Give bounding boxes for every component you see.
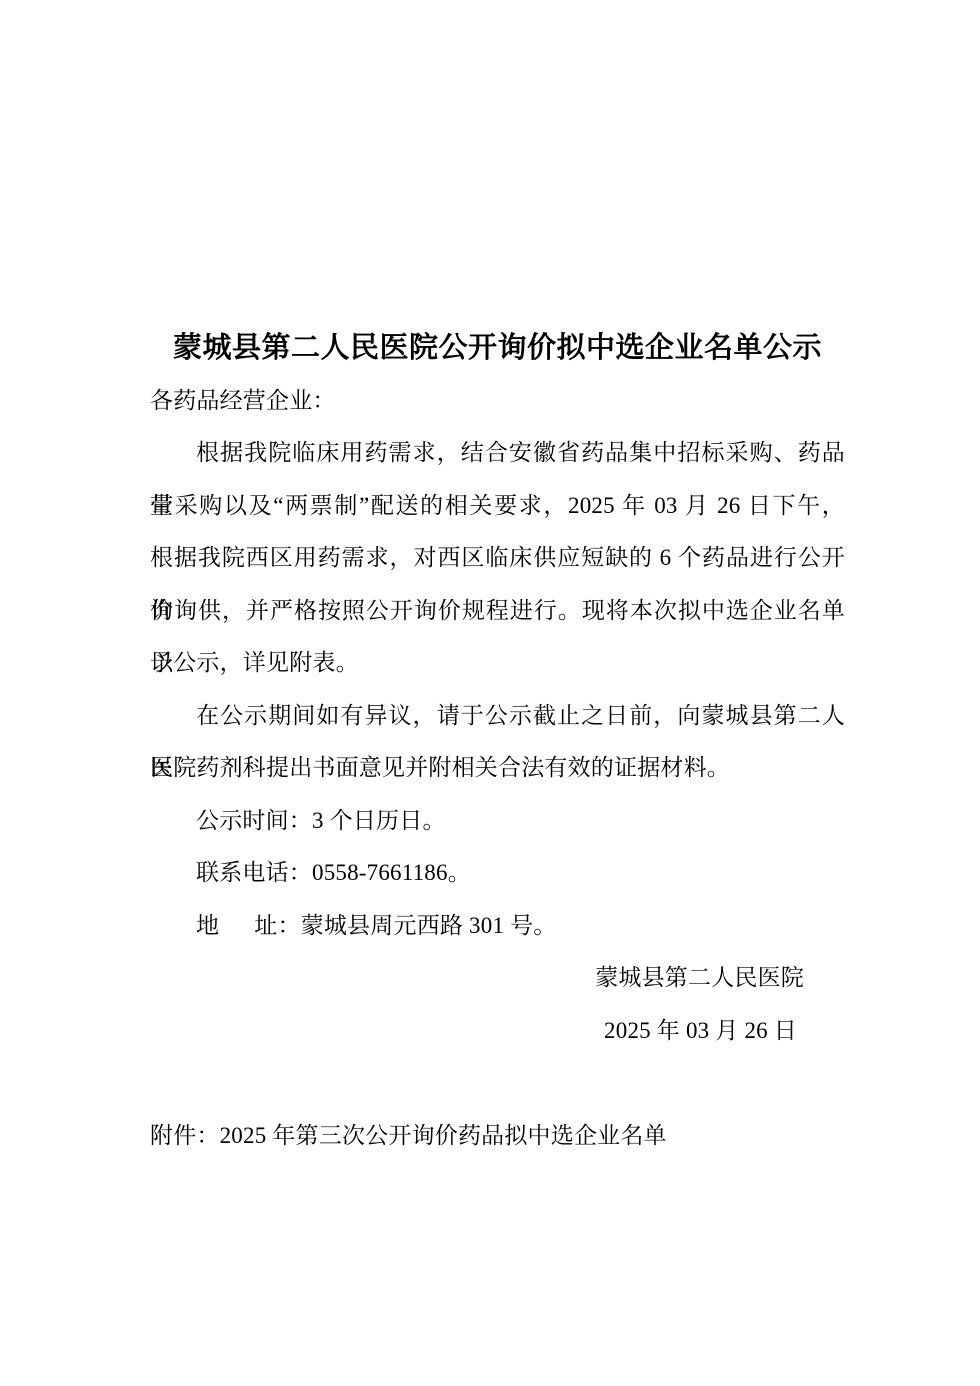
- address: 地 址：蒙城县周元西路 301 号。: [150, 900, 845, 953]
- document-title: 蒙城县第二人民医院公开询价拟中选企业名单公示: [150, 322, 845, 375]
- notice-period: 公示时间：3 个日历日。: [150, 795, 845, 848]
- paragraph1-line5: 以公示，详见附表。: [150, 637, 845, 690]
- signature-org: 蒙城县第二人民医院: [150, 952, 845, 1005]
- salutation: 各药品经营企业：: [150, 375, 845, 428]
- paragraph1-line2: 量采购以及“两票制”配送的相关要求，2025 年 03 月 26 日下午，: [150, 480, 845, 533]
- blank-line: [150, 1057, 845, 1110]
- attachment-note: 附件：2025 年第三次公开询价药品拟中选企业名单: [150, 1110, 845, 1163]
- paragraph2-line2: 医院药剂科提出书面意见并附相关合法有效的证据材料。: [150, 742, 845, 795]
- signature-date: 2025 年 03 月 26 日: [150, 1005, 845, 1058]
- paragraph1-line1: 根据我院临床用药需求，结合安徽省药品集中招标采购、药品带: [150, 427, 845, 480]
- contact-phone: 联系电话：0558-7661186。: [150, 847, 845, 900]
- paragraph1-line4: 价询供，并严格按照公开询价规程进行。现将本次拟中选企业名单予: [150, 585, 845, 638]
- paragraph2-line1: 在公示期间如有异议，请于公示截止之日前，向蒙城县第二人民: [150, 690, 845, 743]
- paragraph1-line3: 根据我院西区用药需求，对西区临床供应短缺的 6 个药品进行公开询: [150, 532, 845, 585]
- document-page: 蒙城县第二人民医院公开询价拟中选企业名单公示 各药品经营企业： 根据我院临床用药…: [0, 0, 980, 1386]
